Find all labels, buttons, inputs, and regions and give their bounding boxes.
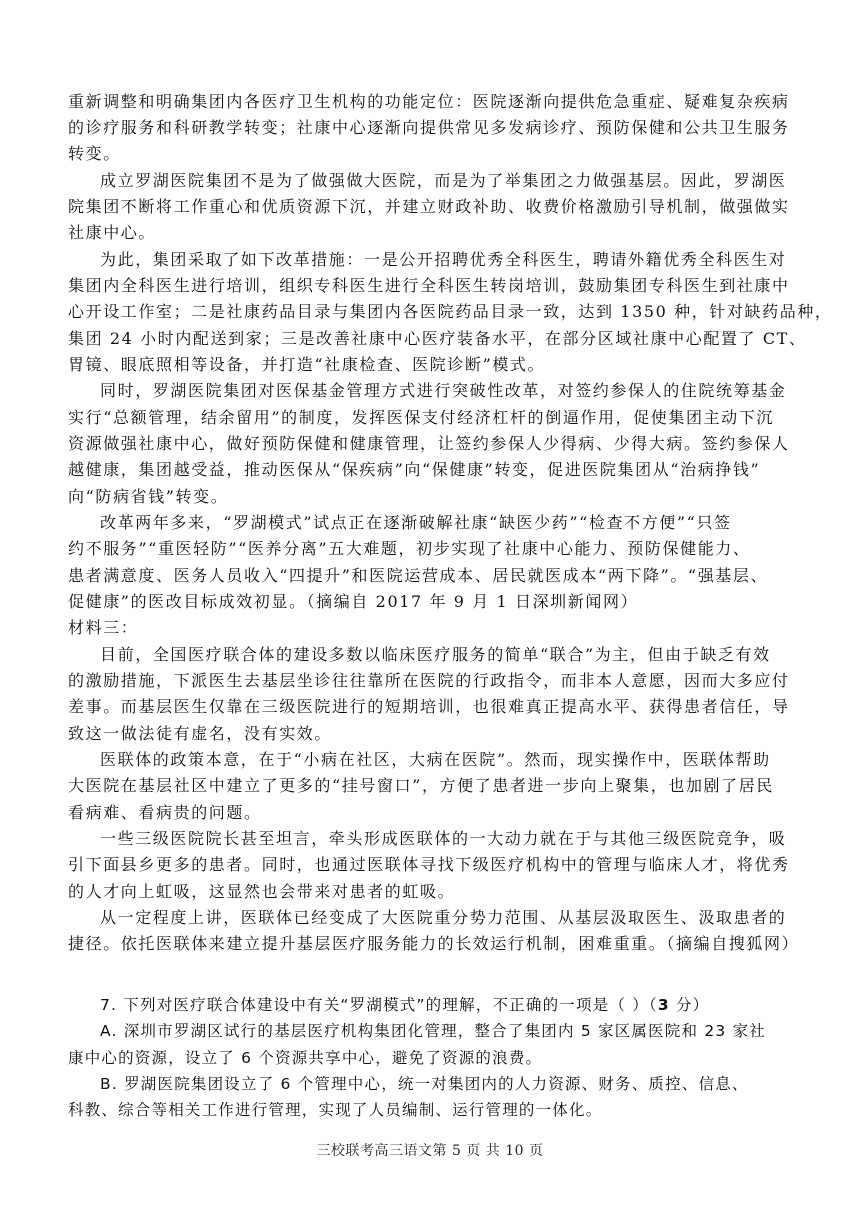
text-line: 向“防病省钱”转变。 (68, 489, 788, 505)
text-line: 捷径。依托医联体来建立提升基层医疗服务能力的长效运行机制，困难重重。（摘编自搜狐… (68, 936, 788, 952)
text-line: 改革两年多来，“罗湖模式”试点正在逐渐破解社康“缺医少药”“检查不方便”“只签 (100, 515, 788, 531)
text-line: 促健康”的医改目标成效初显。（摘编自 2017 年 9 月 1 日深圳新闻网） (68, 594, 788, 610)
option-b-line-1: B. 罗湖医院集团设立了 6 个管理中心，统一对集团内的人力资源、财务、质控、信… (100, 1076, 800, 1092)
text-line: 为此，集团采取了如下改革措施：一是公开招聘优秀全科医生，聘请外籍优秀全科医生对 (100, 252, 788, 268)
text-line: 的诊疗服务和科研教学转变；社康中心逐渐向提供常见多发病诊疗、预防保健和公共卫生服… (68, 120, 788, 136)
text-line: 胃镜、眼底照相等设备，并打造“社康检查、医院诊断”模式。 (68, 357, 788, 373)
question-score: 3 (658, 996, 670, 1014)
text-line: 医联体的政策本意，在于“小病在社区，大病在医院”。然而，现实操作中，医联体帮助 (100, 752, 788, 768)
page-footer: 三校联考高三语文第 5 页 共 10 页 (0, 1140, 860, 1160)
text-line: 约不服务”“重医轻防”“医养分离”五大难题，初步实现了社康中心能力、预防保健能力… (68, 541, 788, 557)
text-line: 一些三级医院院长甚至坦言，牵头形成医联体的一大动力就在于与其他三级医院竞争，吸 (100, 831, 788, 847)
text-line: 差事。而基层医生仅靠在三级医院进行的短期培训，也很难真正提高水平、获得患者信任，… (68, 699, 788, 715)
text-line: 院集团不断将工作重心和优质资源下沉，并建立财政补助、收费价格激励引导机制，做强做… (68, 199, 788, 215)
text-line: 看病难、看病贵的问题。 (68, 805, 788, 821)
text-line: 从一定程度上讲，医联体已经变成了大医院重分势力范围、从基层汲取医生、汲取患者的 (100, 910, 788, 926)
section-heading: 材料三： (68, 620, 788, 636)
text-line: 的人才向上虹吸，这显然也会带来对患者的虹吸。 (68, 884, 788, 900)
text-line: 集团 24 小时内配送到家；三是改善社康中心医疗装备水平，在部分区域社康中心配置… (68, 331, 788, 347)
text-line: 越健康，集团越受益，推动医保从“保疾病”向“保健康”转变，促进医院集团从“治病挣… (68, 462, 788, 478)
option-b-line-2: 科教、综合等相关工作进行管理，实现了人员编制、运行管理的一体化。 (68, 1102, 788, 1118)
text-line: 资源做强社康中心，做好预防保健和健康管理，让签约参保人少得病、少得大病。签约参保… (68, 436, 788, 452)
question-stem-text: 7. 下列对医疗联合体建设中有关“罗湖模式”的理解，不正确的一项是（ ）（ (100, 996, 658, 1014)
text-line: 的激励措施，下派医生去基层坐诊往往靠所在医院的行政指令，而非本人意愿，因而大多应… (68, 673, 788, 689)
text-line: 大医院在基层社区中建立了更多的“挂号窗口”，方便了患者进一步向上聚集，也加剧了居… (68, 778, 788, 794)
text-line: 实行“总额管理，结余留用”的制度，发挥医保支付经济杠杆的倒逼作用，促使集团主动下… (68, 410, 788, 426)
text-line: 目前，全国医疗联合体的建设多数以临床医疗服务的简单“联合”为主，但由于缺乏有效 (100, 647, 788, 663)
text-line: 成立罗湖医院集团不是为了做强做大医院，而是为了举集团之力做强基层。因此，罗湖医 (100, 173, 788, 189)
text-line: 社康中心。 (68, 225, 788, 241)
text-line: 致这一做法徒有虚名，没有实效。 (68, 726, 788, 742)
text-line: 同时，罗湖医院集团对医保基金管理方式进行突破性改革，对签约参保人的住院统筹基金 (100, 383, 788, 399)
question-7-stem: 7. 下列对医疗联合体建设中有关“罗湖模式”的理解，不正确的一项是（ ）（3 分… (100, 997, 800, 1013)
text-line: 重新调整和明确集团内各医疗卫生机构的功能定位：医院逐渐向提供危急重症、疑难复杂疾… (68, 94, 788, 110)
text-line: 患者满意度、医务人员收入“四提升”和医院运营成本、居民就医成本“两下降”。“强基… (68, 568, 788, 584)
text-line: 转变。 (68, 146, 788, 162)
text-line: 集团内全科医生进行培训，组织专科医生进行全科医生转岗培训，鼓励集团专科医生到社康… (68, 278, 788, 294)
option-a-line-1: A. 深圳市罗湖区试行的基层医疗机构集团化管理，整合了集团内 5 家区属医院和 … (100, 1023, 800, 1039)
text-line: 引下面县乡更多的患者。同时，也通过医联体寻找下级医疗机构中的管理与临床人才，将优… (68, 857, 788, 873)
option-a-line-2: 康中心的资源，设立了 6 个资源共享中心，避免了资源的浪费。 (68, 1050, 788, 1066)
question-score-suffix: 分） (670, 996, 710, 1014)
text-line: 心开设工作室；二是社康药品目录与集团内各医院药品目录一致，达到 1350 种，针… (68, 304, 788, 320)
